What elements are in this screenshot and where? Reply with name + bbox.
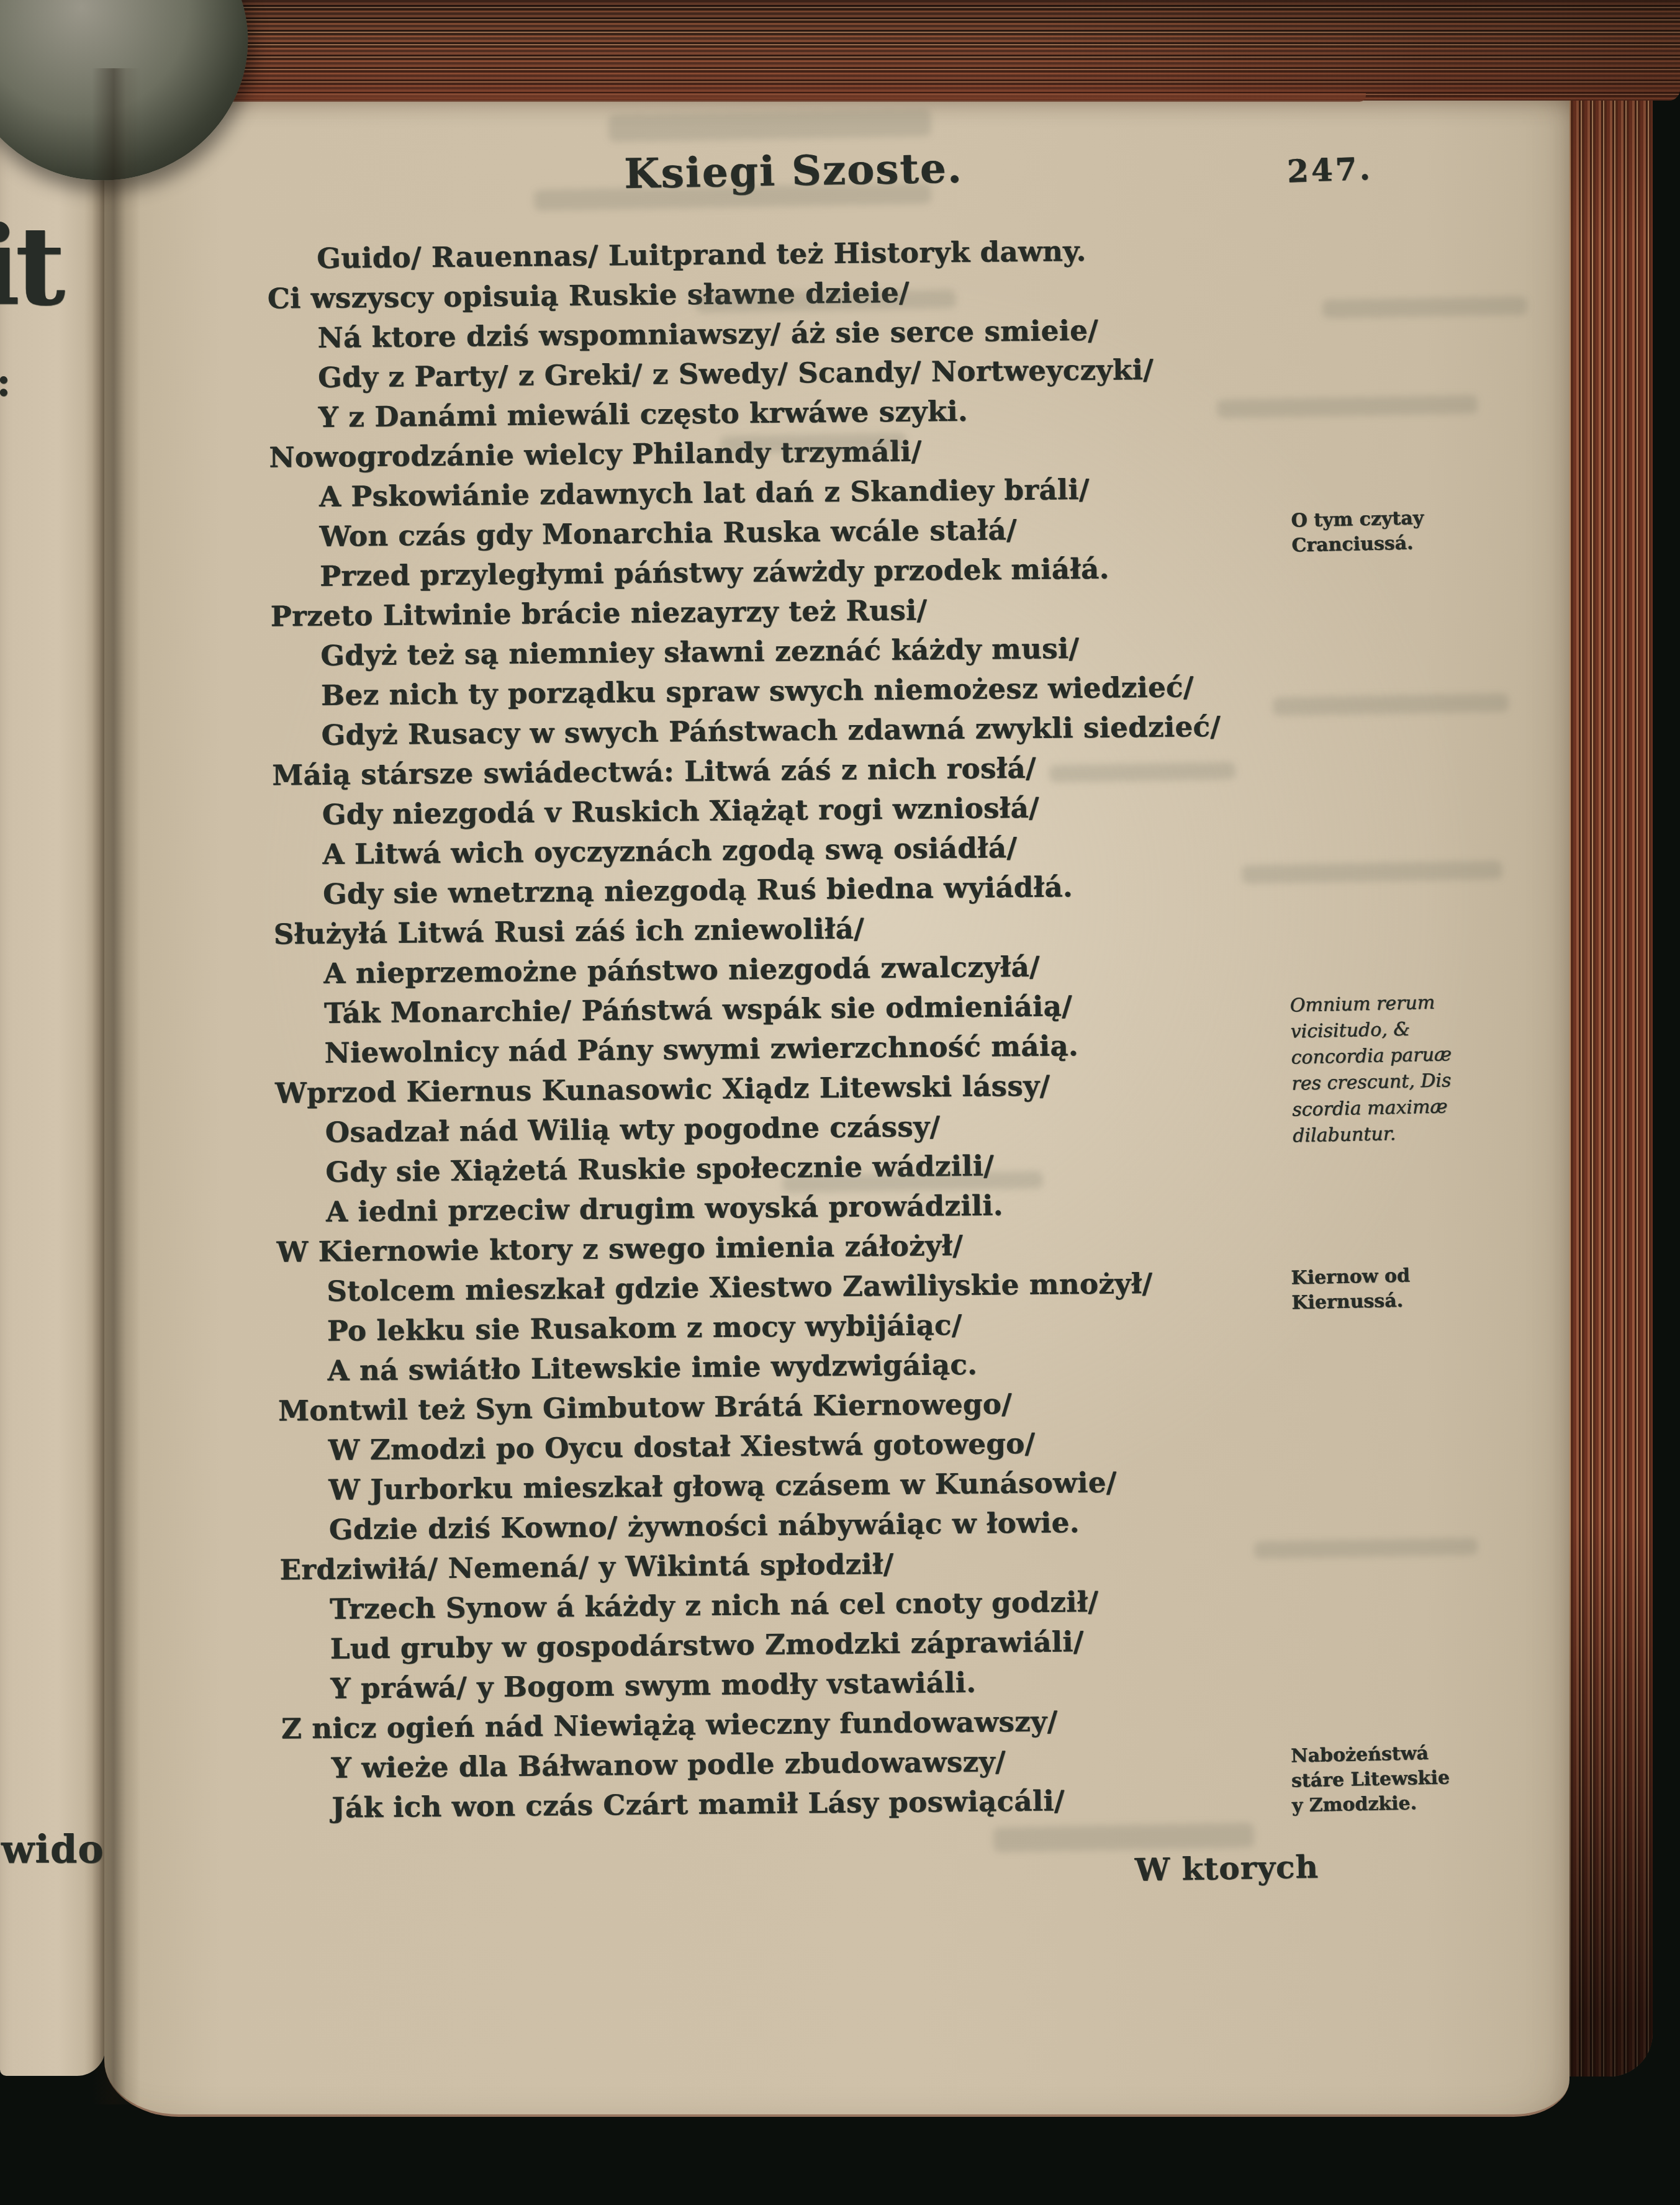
book-fore-edge bbox=[1562, 81, 1653, 2076]
margin-note: Omnium rerumvicisitudo, &concordia paruæ… bbox=[1289, 988, 1560, 1150]
top-edge-lip bbox=[149, 93, 1366, 102]
facing-page-sliver: it : wido bbox=[0, 57, 106, 2076]
catchword: W ktorych bbox=[1135, 1848, 1319, 1888]
book-page: Ksiegi Szoste. 247. Guido/ Rauennas/ Lui… bbox=[104, 92, 1569, 2117]
margin-note: Nabożeństwástáre Litewskiey Zmodzkie. bbox=[1291, 1739, 1559, 1819]
page-number: 247. bbox=[1286, 150, 1373, 190]
facing-page-text-fragment: : bbox=[0, 363, 11, 402]
facing-page-text-fragment: wido bbox=[1, 1830, 104, 1869]
scanned-book-photo: it : wido Ksiegi Szoste. 247. Guido/ Rau… bbox=[0, 0, 1680, 2205]
margin-note: O tym czytayCranciussá. bbox=[1291, 503, 1559, 559]
running-header: Ksiegi Szoste. bbox=[327, 138, 1259, 203]
margin-note-line: dilabuntur. bbox=[1293, 1117, 1560, 1149]
book-top-edge bbox=[0, 0, 1680, 101]
margin-note: Kiernow odKiernussá. bbox=[1291, 1261, 1559, 1316]
fore-edge-shading bbox=[1562, 81, 1653, 2076]
top-edge-shading bbox=[0, 0, 1680, 101]
facing-page-text-fragment: it bbox=[0, 212, 60, 321]
